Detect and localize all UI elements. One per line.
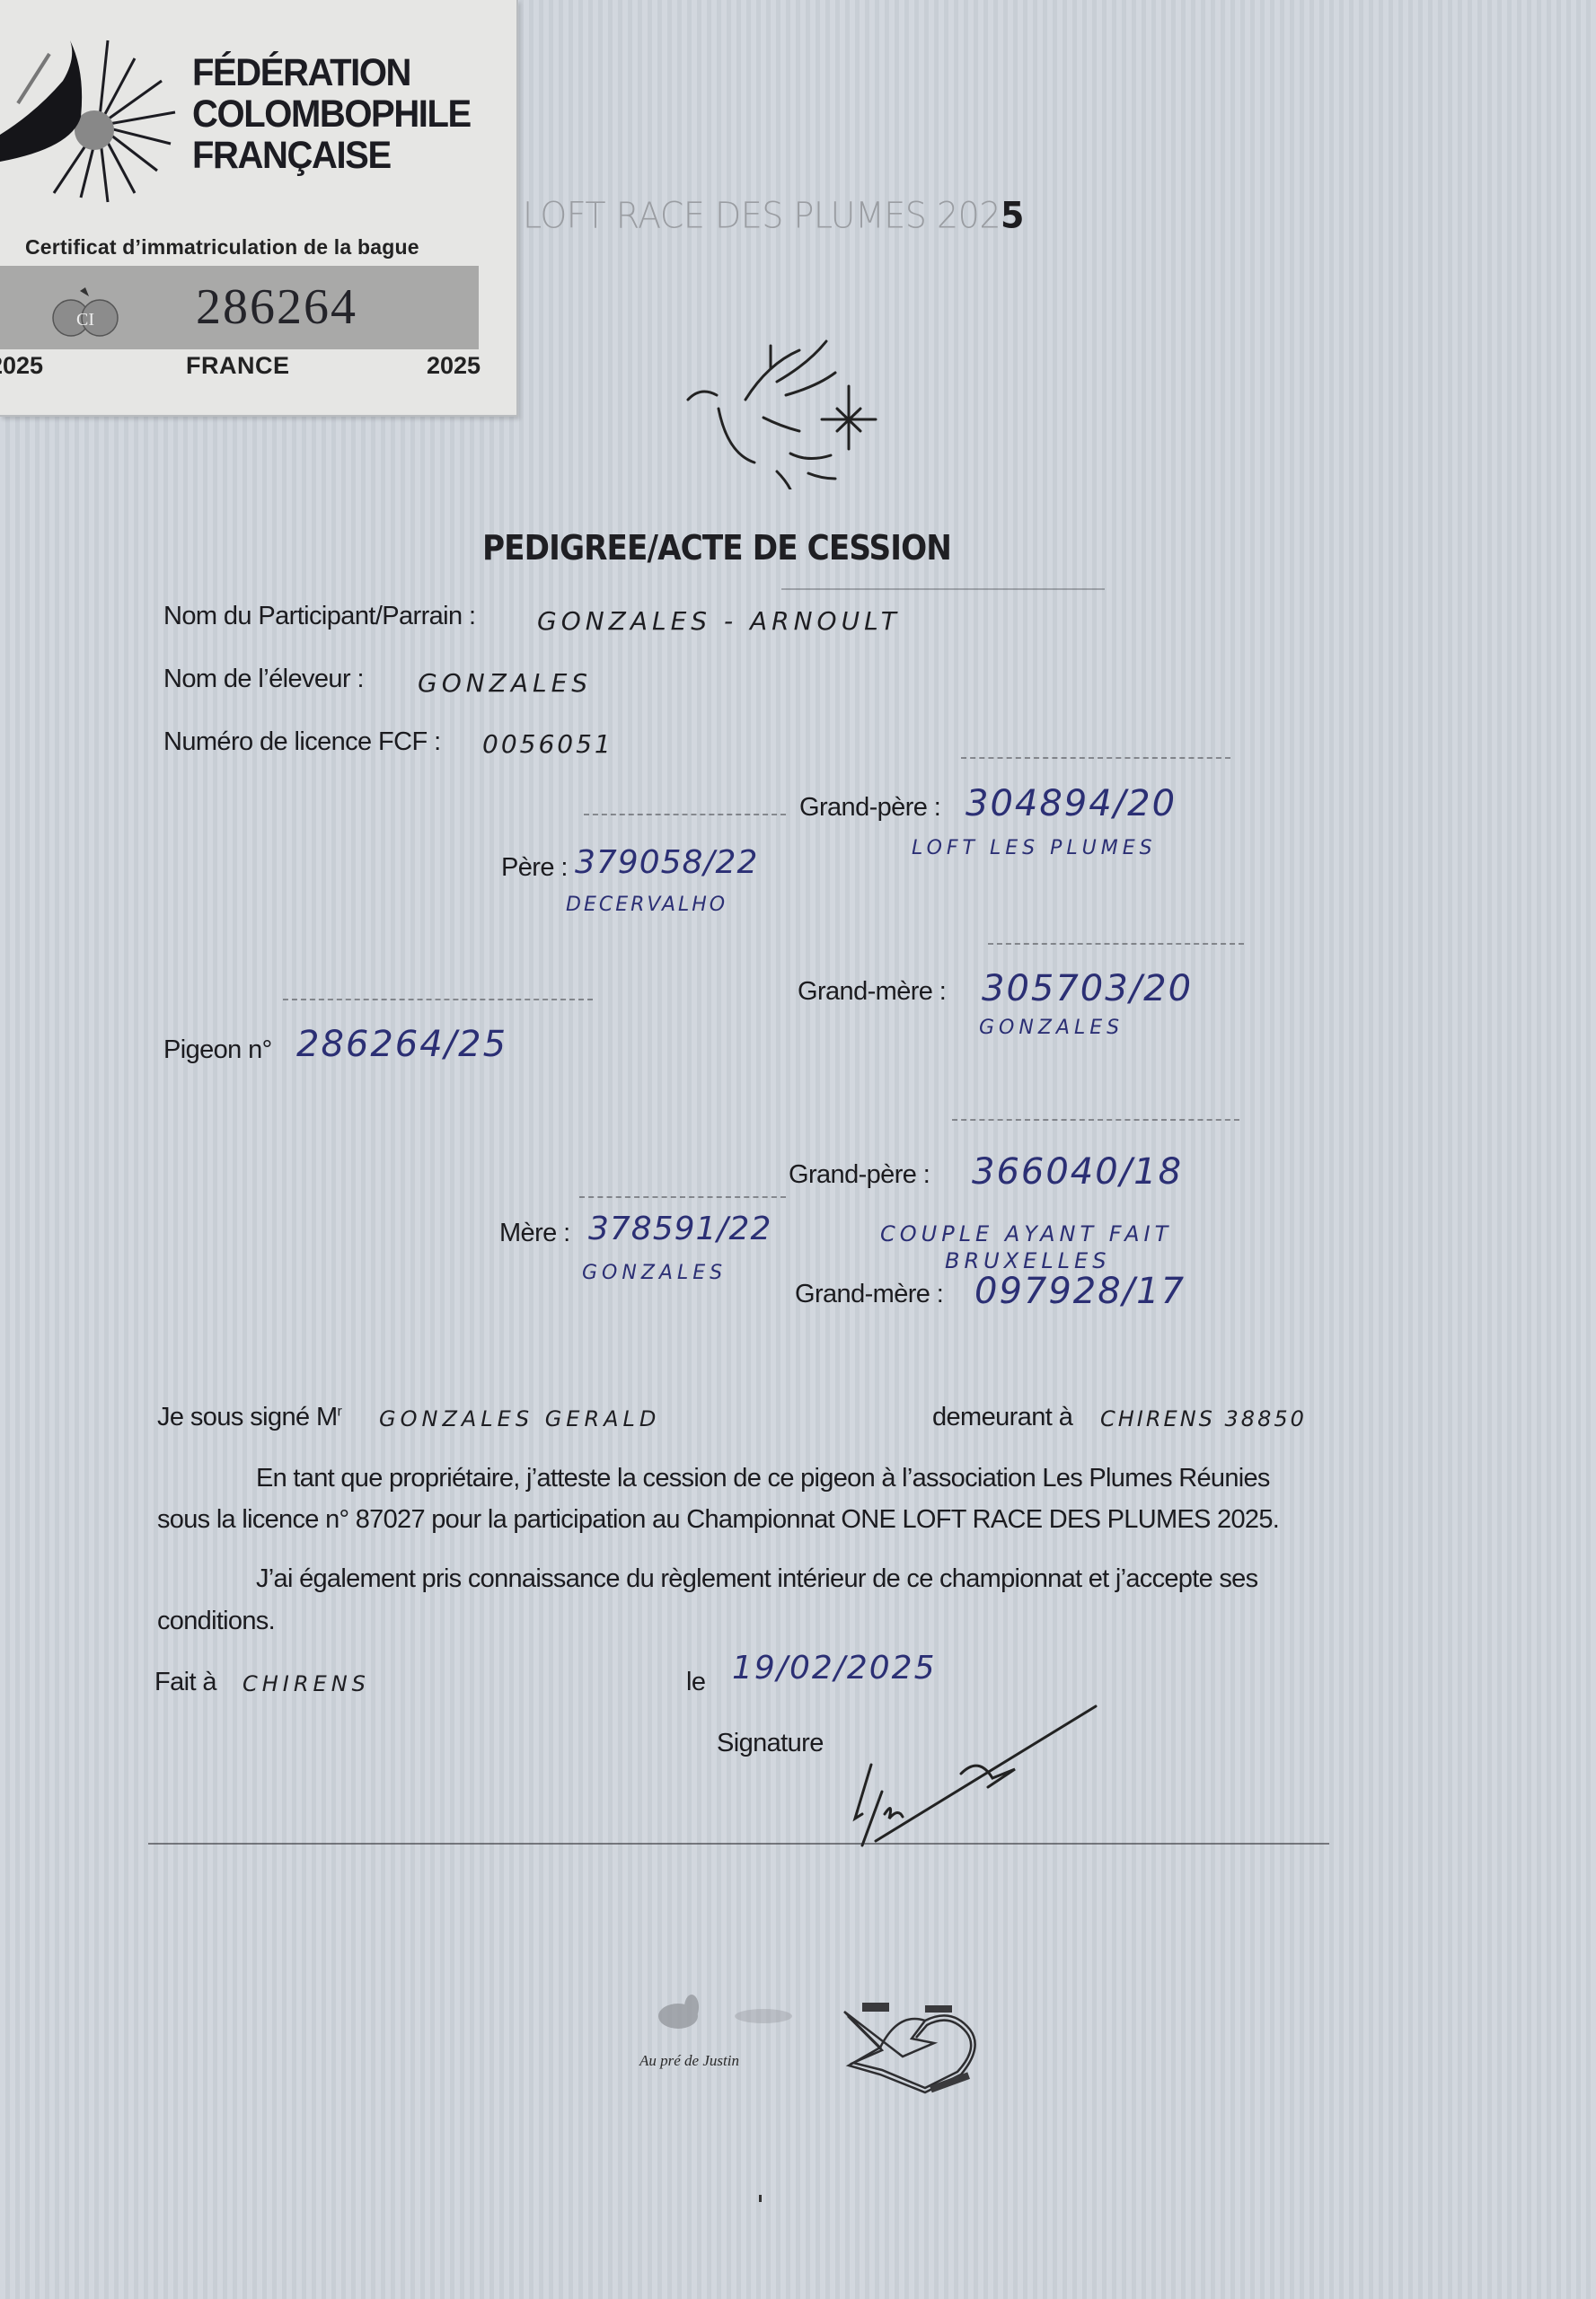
signer-label-text: Je sous signé M xyxy=(157,1403,338,1431)
federation-name: FÉDÉRATION COLOMBOPHILE FRANÇAISE xyxy=(192,52,471,176)
line-maternal-grandfather xyxy=(952,1119,1239,1121)
signature-mark xyxy=(835,1702,1105,1854)
line-paternal-grandfather xyxy=(961,757,1230,759)
pencil-title-corrected-digit: 5 xyxy=(1001,195,1024,236)
line-mother xyxy=(579,1196,786,1198)
paternal-grandmother-breeder: GONZALES xyxy=(979,1017,1124,1039)
paternal-grandfather-breeder: LOFT LES PLUMES xyxy=(912,837,1157,859)
signature-label: Signature xyxy=(717,1729,824,1758)
date-value: 19/02/2025 xyxy=(732,1650,937,1687)
rules-paragraph-line1: J’ai également pris connaissance du règl… xyxy=(256,1557,1257,1600)
residence-value: CHIRENS 38850 xyxy=(1100,1406,1307,1431)
mother-breeder: GONZALES xyxy=(582,1262,727,1284)
paternal-grandmother-label: Grand-mère : xyxy=(798,977,946,1007)
mother-label: Mère : xyxy=(499,1219,570,1248)
maternal-note-line1: COUPLE AYANT FAIT xyxy=(880,1221,1172,1246)
ring-country: FRANCE xyxy=(186,352,290,380)
breeder-value: GONZALES xyxy=(418,668,592,698)
line-paternal-grandmother xyxy=(988,943,1244,945)
document-title: PEDIGREE/ACTE DE CESSION xyxy=(482,528,951,568)
cession-paragraph-line1: En tant que propriétaire, j’atteste la c… xyxy=(256,1457,1270,1500)
pencil-event-title: LOFT RACE DES PLUMES 2025 xyxy=(523,195,1024,236)
heart-dove-logo-icon xyxy=(826,1998,988,2097)
paternal-grandfather-label: Grand-père : xyxy=(799,793,940,823)
breeder-label: Nom de l’éleveur : xyxy=(163,665,364,694)
license-value: 0056051 xyxy=(482,729,613,759)
maternal-note-line2: BRUXELLES xyxy=(945,1248,1110,1273)
father-label: Père : xyxy=(501,853,568,883)
pigeon-label: Pigeon n° xyxy=(163,1035,272,1065)
place-label: Fait à xyxy=(154,1668,216,1697)
participant-label: Nom du Participant/Parrain : xyxy=(163,602,475,631)
date-label: le xyxy=(686,1668,705,1697)
father-breeder: DECERVALHO xyxy=(566,894,727,916)
signature-line xyxy=(148,1843,1329,1845)
place-value: CHIRENS xyxy=(242,1671,370,1696)
maternal-grandmother-label: Grand-mère : xyxy=(795,1280,943,1309)
maternal-grandfather-number: 366040/18 xyxy=(972,1151,1183,1193)
federation-name-line1: FÉDÉRATION xyxy=(192,52,471,93)
maternal-grandmother-number: 097928/17 xyxy=(974,1271,1186,1312)
signer-label: Je sous signé Mr xyxy=(157,1403,341,1432)
pigeon-number: 286264/25 xyxy=(296,1024,507,1065)
cfi-globe-icon: CI xyxy=(49,286,121,339)
ink-dot xyxy=(759,2195,762,2202)
certificate-subtitle: Certificat d’immatriculation de la bague xyxy=(25,235,419,260)
signer-name: GONZALES GERALD xyxy=(379,1406,660,1431)
ring-number: 286264 xyxy=(196,278,357,336)
mother-number: 378591/22 xyxy=(588,1211,772,1247)
sponsor-caption: Au pré de Justin xyxy=(639,2052,739,2070)
title-underline xyxy=(781,588,1105,590)
signer-title-superscript: r xyxy=(338,1404,342,1419)
pencil-title-text: LOFT RACE DES PLUMES 202 xyxy=(523,195,1001,236)
participant-value: GONZALES - ARNOULT xyxy=(537,606,901,636)
ring-year-left: 2025 xyxy=(0,352,43,380)
dove-star-icon xyxy=(683,319,889,489)
dove-sunburst-icon xyxy=(0,27,189,216)
ring-year-right: 2025 xyxy=(427,352,481,380)
cession-paragraph-line2: sous la licence n° 87027 pour la partici… xyxy=(157,1498,1279,1541)
paternal-grandfather-number: 304894/20 xyxy=(966,783,1177,824)
license-label: Numéro de licence FCF : xyxy=(163,727,441,757)
line-pigeon xyxy=(283,999,593,1000)
maternal-grandfather-label: Grand-père : xyxy=(789,1160,930,1190)
line-father xyxy=(584,814,786,815)
paternal-grandmother-number: 305703/20 xyxy=(982,968,1193,1009)
federation-name-line2: COLOMBOPHILE xyxy=(192,93,471,135)
federation-name-line3: FRANÇAISE xyxy=(192,135,471,176)
svg-text:CI: CI xyxy=(76,310,94,330)
residence-label: demeurant à xyxy=(932,1403,1072,1432)
rules-paragraph-line2: conditions. xyxy=(157,1599,275,1643)
father-number: 379058/22 xyxy=(575,844,758,881)
